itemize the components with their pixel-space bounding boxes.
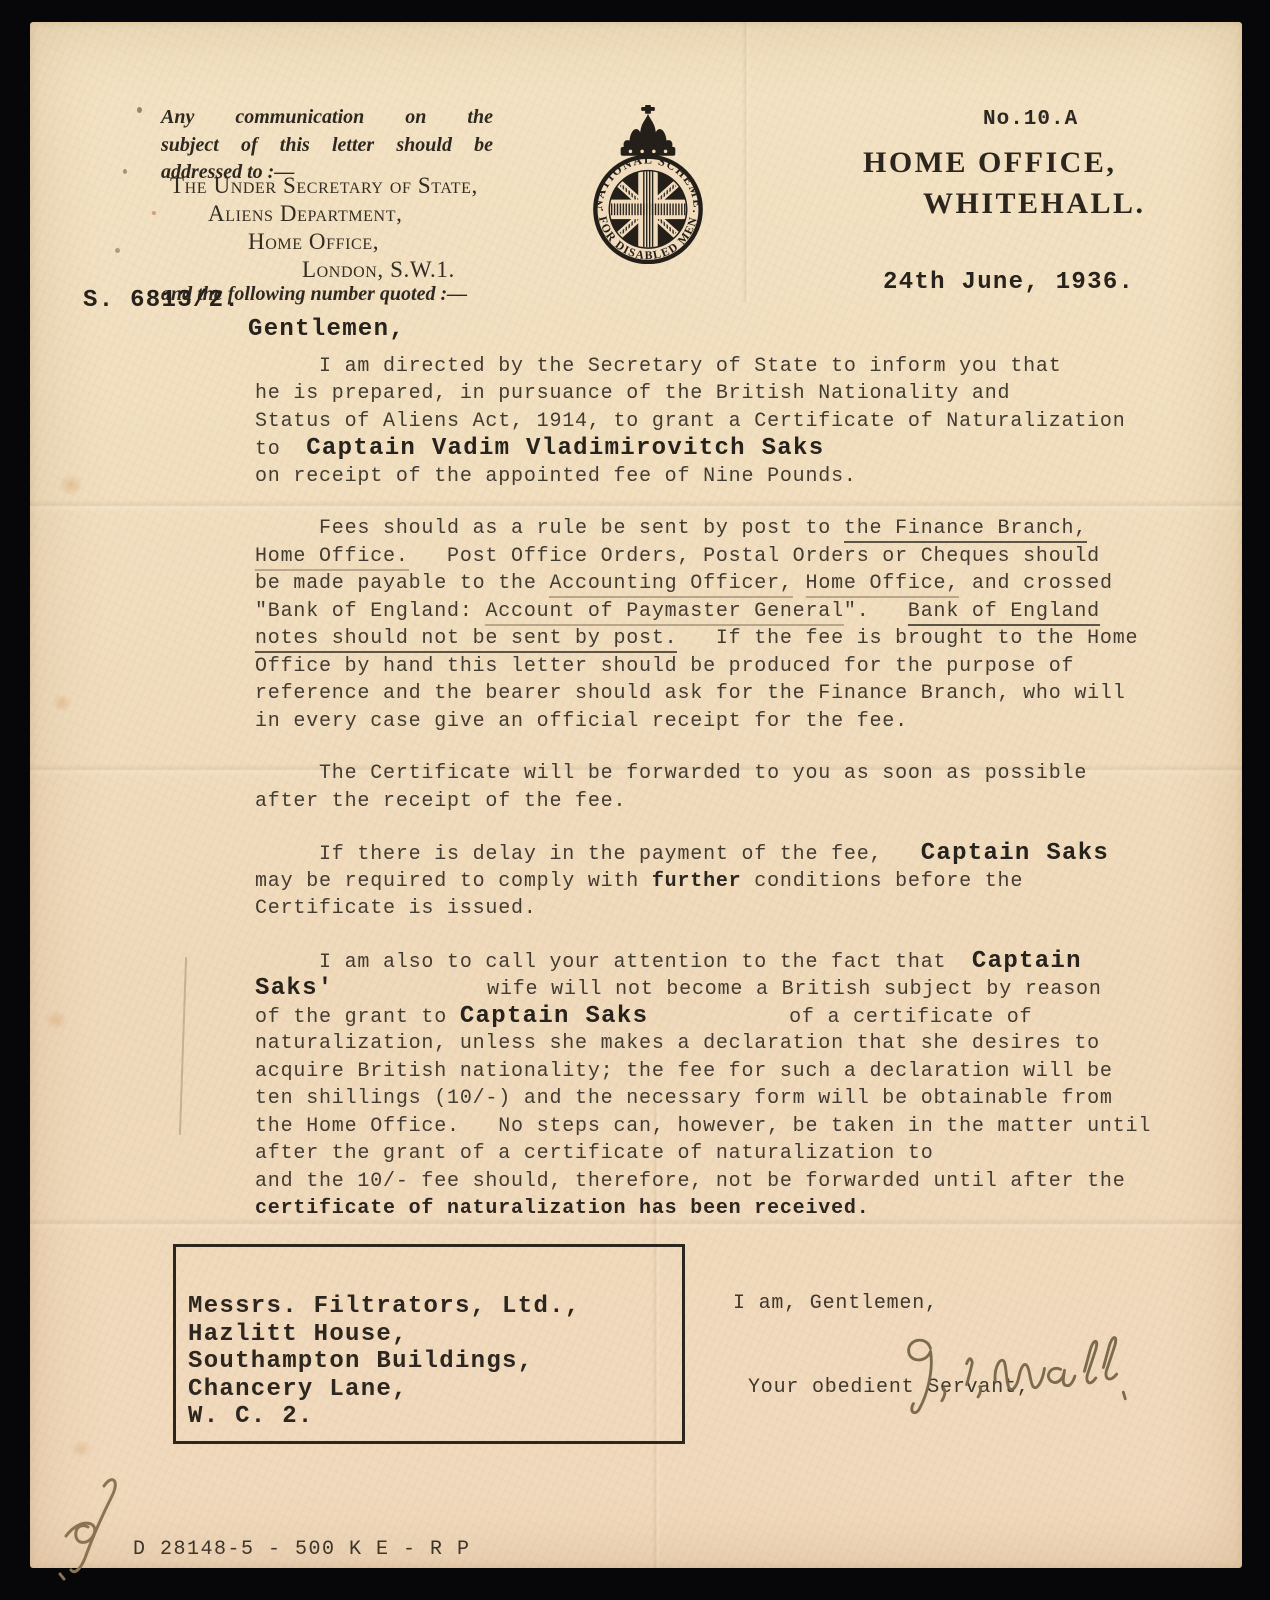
typed-insertion: Captain Vadim Vladimirovitch Saks: [306, 435, 824, 462]
letter-line: be made payable to the Accounting Office…: [255, 570, 1215, 598]
recipient-address-line: Messrs. Filtrators, Ltd.,: [188, 1293, 682, 1321]
print-code: D 28148-5 - 500 K E - R P: [133, 1538, 471, 1561]
crown-icon: [621, 105, 676, 156]
form-text: ten shillings (10/-) and the necessary f…: [255, 1087, 1113, 1110]
office-name: HOME OFFICE,: [863, 146, 1116, 180]
reference-number: S. 6813/2.: [83, 287, 240, 314]
letter-line: after the receipt of the fee.: [255, 788, 1215, 816]
form-text: Office by hand this letter should be pro…: [255, 655, 1074, 678]
letter-line: in every case give an official receipt f…: [255, 708, 1215, 736]
letterhead-notice-line: Any communication on the: [161, 104, 493, 132]
form-text: certificate of naturalization has been r…: [255, 1197, 870, 1220]
form-text: reference and the bearer should ask for …: [255, 682, 1126, 705]
letter-line: The Certificate will be forwarded to you…: [255, 760, 1215, 788]
form-text: may be required to comply with: [255, 870, 652, 893]
letter-date: 24th June, 1936.: [883, 269, 1134, 296]
form-text: ".: [844, 600, 908, 623]
letterhead-address-line: The Under Secretary of State,: [170, 172, 478, 200]
form-text: in every case give an official receipt f…: [255, 710, 908, 733]
form-text: Home Office,: [806, 572, 960, 598]
letterhead-address: The Under Secretary of State,Aliens Depa…: [170, 172, 478, 284]
pencil-margin-mark: [179, 957, 187, 1135]
form-text: conditions before the: [742, 870, 1024, 893]
form-text: the Finance Branch,: [844, 517, 1087, 543]
letterhead-address-line: London, S.W.1.: [302, 256, 478, 284]
letter-line: the Home Office. No steps can, however, …: [255, 1113, 1215, 1141]
letter-line: Fees should as a rule be sent by post to…: [255, 515, 1215, 543]
typed-insertion: Captain: [972, 948, 1082, 975]
salutation: Gentlemen,: [248, 316, 1215, 344]
paragraph: Fees should as a rule be sent by post to…: [255, 515, 1215, 735]
letter-line: If there is delay in the payment of the …: [255, 840, 1215, 868]
form-text: Accounting Officer,: [549, 572, 792, 598]
form-text: and the 10/- fee should, therefore, not …: [255, 1170, 1126, 1193]
form-text: If there is delay in the payment of the …: [255, 843, 921, 866]
letterhead-address-line: Aliens Department,: [208, 200, 478, 228]
paragraph: If there is delay in the payment of the …: [255, 840, 1215, 923]
letter-line: I am directed by the Secretary of State …: [255, 353, 1215, 381]
form-text: of a certificate of: [648, 1006, 1032, 1029]
form-text: "Bank of England:: [255, 600, 485, 623]
form-text: after the receipt of the fee.: [255, 790, 626, 813]
form-text: to: [255, 438, 306, 461]
form-text: Account of Paymaster General: [485, 600, 843, 626]
pinhole: [115, 248, 120, 253]
form-text: Home Office.: [255, 545, 409, 571]
letter-line: notes should not be sent by post. If the…: [255, 625, 1215, 653]
form-text: Bank of England: [908, 600, 1100, 626]
letter-line: ten shillings (10/-) and the necessary f…: [255, 1085, 1215, 1113]
form-text: notes should not be sent by post.: [255, 627, 677, 653]
letter-line: after the grant of a certificate of natu…: [255, 1140, 1215, 1168]
form-text: Status of Aliens Act, 1914, to grant a C…: [255, 410, 1126, 433]
letterhead-notice-line: subject of this letter should be: [161, 132, 493, 160]
letter-line: of the grant to Captain Saks of a certif…: [255, 1003, 1215, 1031]
form-text: and crossed: [959, 572, 1113, 595]
form-text: naturalization, unless she makes a decla…: [255, 1032, 1100, 1055]
national-scheme-badge: NATIONAL SCHEME · FOR DISABLED MEN ·: [570, 104, 726, 264]
pinhole: [123, 169, 127, 174]
recipient-address-line: Hazlitt House,: [188, 1321, 682, 1349]
form-text: Post Office Orders, Postal Orders or Che…: [409, 545, 1100, 568]
typed-insertion: Saks': [255, 975, 334, 1002]
form-text: I am also to call your attention to the …: [255, 951, 972, 974]
recipient-address-line: Chancery Lane,: [188, 1376, 682, 1404]
paragraph: I am directed by the Secretary of State …: [255, 353, 1215, 491]
letter-body: Gentlemen, I am directed by the Secretar…: [255, 316, 1215, 1248]
letter-line: naturalization, unless she makes a decla…: [255, 1030, 1215, 1058]
form-text: of the grant to: [255, 1006, 460, 1029]
typed-insertion: Captain Saks: [460, 1003, 648, 1030]
typed-insertion: Captain Saks: [921, 840, 1109, 867]
pinhole: [137, 107, 142, 113]
form-text: after the grant of a certificate of natu…: [255, 1142, 934, 1165]
form-text: If the fee is brought to the Home: [677, 627, 1138, 650]
recipient-address-line: Southampton Buildings,: [188, 1348, 682, 1376]
scanned-letter-page: { "colors":{ "background":"#07070a", "pa…: [0, 0, 1270, 1600]
recipient-address-box: Messrs. Filtrators, Ltd.,Hazlitt House,S…: [173, 1244, 685, 1444]
letter-line: Certificate is issued.: [255, 895, 1215, 923]
letter-line: on receipt of the appointed fee of Nine …: [255, 463, 1215, 491]
letter-line: I am also to call your attention to the …: [255, 948, 1215, 976]
form-text: wife will not become a British subject b…: [334, 978, 1102, 1001]
form-text: he is prepared, in pursuance of the Brit…: [255, 382, 1010, 405]
letter-paper: Any communication on thesubject of this …: [30, 22, 1242, 1568]
letter-line: Office by hand this letter should be pro…: [255, 653, 1215, 681]
form-text: [793, 572, 806, 595]
letter-line: and the 10/- fee should, therefore, not …: [255, 1168, 1215, 1196]
paragraph: The Certificate will be forwarded to you…: [255, 760, 1215, 815]
letterhead-address-line: Home Office,: [248, 228, 478, 256]
form-text: the Home Office. No steps can, however, …: [255, 1115, 1151, 1138]
form-text: on receipt of the appointed fee of Nine …: [255, 465, 857, 488]
handwritten-initials: [48, 1474, 140, 1586]
foxing-spot: [58, 474, 84, 496]
letter-line: he is prepared, in pursuance of the Brit…: [255, 380, 1215, 408]
letter-line: Home Office. Post Office Orders, Postal …: [255, 543, 1215, 571]
letter-line: "Bank of England: Account of Paymaster G…: [255, 598, 1215, 626]
form-text: be made payable to the: [255, 572, 549, 595]
form-text: The Certificate will be forwarded to you…: [255, 762, 1087, 785]
recipient-address-line: W. C. 2.: [188, 1403, 682, 1431]
letter-line: certificate of naturalization has been r…: [255, 1195, 1215, 1223]
paragraph: I am also to call your attention to the …: [255, 948, 1215, 1223]
foxing-spot: [70, 1440, 92, 1458]
letter-line: to Captain Vadim Vladimirovitch Saks: [255, 435, 1215, 463]
letter-line: Status of Aliens Act, 1914, to grant a C…: [255, 408, 1215, 436]
fold-crease-vertical: [742, 22, 751, 302]
rust-speck: [152, 211, 156, 215]
foxing-spot: [52, 694, 72, 712]
letter-line: may be required to comply with further c…: [255, 868, 1215, 896]
form-text: Certificate is issued.: [255, 897, 537, 920]
signature-handwritten: [845, 1310, 1130, 1425]
letter-line: acquire British nationality; the fee for…: [255, 1058, 1215, 1086]
form-text: further: [652, 870, 742, 893]
foxing-spot: [44, 1010, 68, 1030]
letter-line: Saks' wife will not become a British sub…: [255, 975, 1215, 1003]
form-text: I am directed by the Secretary of State …: [255, 355, 1062, 378]
form-text: Fees should as a rule be sent by post to: [255, 517, 844, 540]
letter-line: reference and the bearer should ask for …: [255, 680, 1215, 708]
office-location: WHITEHALL.: [923, 187, 1146, 221]
form-number: No.10.A: [983, 108, 1078, 131]
form-text: acquire British nationality; the fee for…: [255, 1060, 1113, 1083]
